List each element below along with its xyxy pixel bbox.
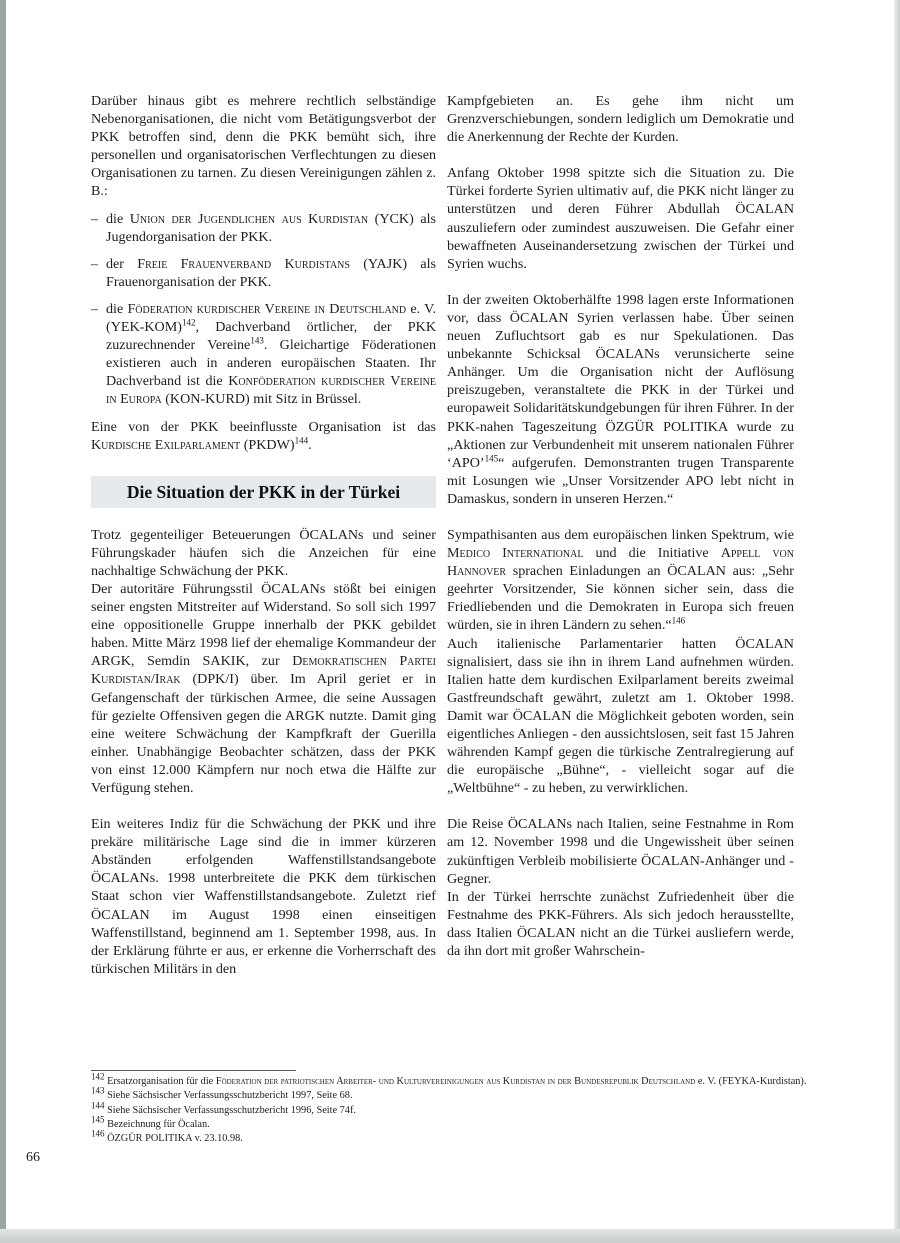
footnote-145: 145 Bezeichnung für Öcalan. [91, 1118, 811, 1132]
right-paragraph-3: In der zweiten Oktoberhälfte 1998 lagen … [447, 291, 794, 508]
left-column: Darüber hinaus gibt es mehrere rechtlich… [91, 92, 436, 978]
footnote-ref-143[interactable]: 143 [250, 335, 264, 345]
footnote-ref-145[interactable]: 145 [485, 453, 499, 463]
page-number: 66 [26, 1150, 40, 1166]
right-paragraph-4: Sympathisanten aus dem europäischen link… [447, 526, 794, 635]
right-paragraph-2: Anfang Oktober 1998 spitzte sich die Sit… [447, 164, 794, 273]
section-heading: Die Situation der PKK in der Türkei [127, 483, 400, 501]
list-item-yajk: – der Freie Frauenverband Kurdistans (YA… [91, 255, 436, 291]
footnote-144: 144 Siehe Sächsischer Verfassungsschutzb… [91, 1104, 811, 1118]
paragraph-3: Ein weiteres Indiz für die Schwächung de… [91, 815, 436, 978]
footnote-ref-142[interactable]: 142 [182, 317, 196, 327]
right-column: Kampfgebieten an. Es gehe ihm nicht um G… [447, 92, 794, 960]
section-heading-box: Die Situation der PKK in der Türkei [91, 476, 436, 508]
right-paragraph-5: Auch italienische Parlamentarier hatten … [447, 635, 794, 798]
right-paragraph-7: In der Türkei herrschte zunächst Zufried… [447, 888, 794, 960]
list-item-yek-kom: – die Föderation kurdischer Vereine in D… [91, 300, 436, 409]
right-paragraph-1: Kampfgebieten an. Es gehe ihm nicht um G… [447, 92, 794, 146]
page-edge-bottom [0, 1229, 900, 1243]
paragraph-1: Trotz gegenteiliger Beteuerungen ÖCALANs… [91, 526, 436, 580]
footnote-143: 143 Siehe Sächsischer Verfassungsschutzb… [91, 1089, 811, 1103]
list-item-yck: – die Union der Jugendlichen aus Kurdist… [91, 210, 436, 246]
influenced-paragraph: Eine von der PKK beeinflusste Organisati… [91, 418, 436, 454]
page-edge-left [0, 0, 6, 1243]
footnote-ref-146[interactable]: 146 [672, 616, 686, 626]
intro-paragraph: Darüber hinaus gibt es mehrere rechtlich… [91, 92, 436, 201]
footnote-divider [91, 1070, 296, 1071]
footnote-ref-144[interactable]: 144 [295, 435, 309, 445]
right-paragraph-6: Die Reise ÖCALANs nach Italien, seine Fe… [447, 815, 794, 887]
footnotes: 142 Ersatzorganisation für die Föderatio… [91, 1075, 811, 1146]
paragraph-2: Der autoritäre Führungsstil ÖCALANs stöß… [91, 580, 436, 797]
footnote-142: 142 Ersatzorganisation für die Föderatio… [91, 1075, 811, 1089]
page-edge-right [894, 0, 900, 1243]
footnote-146: 146 ÖZGÜR POLITIKA v. 23.10.98. [91, 1132, 811, 1146]
